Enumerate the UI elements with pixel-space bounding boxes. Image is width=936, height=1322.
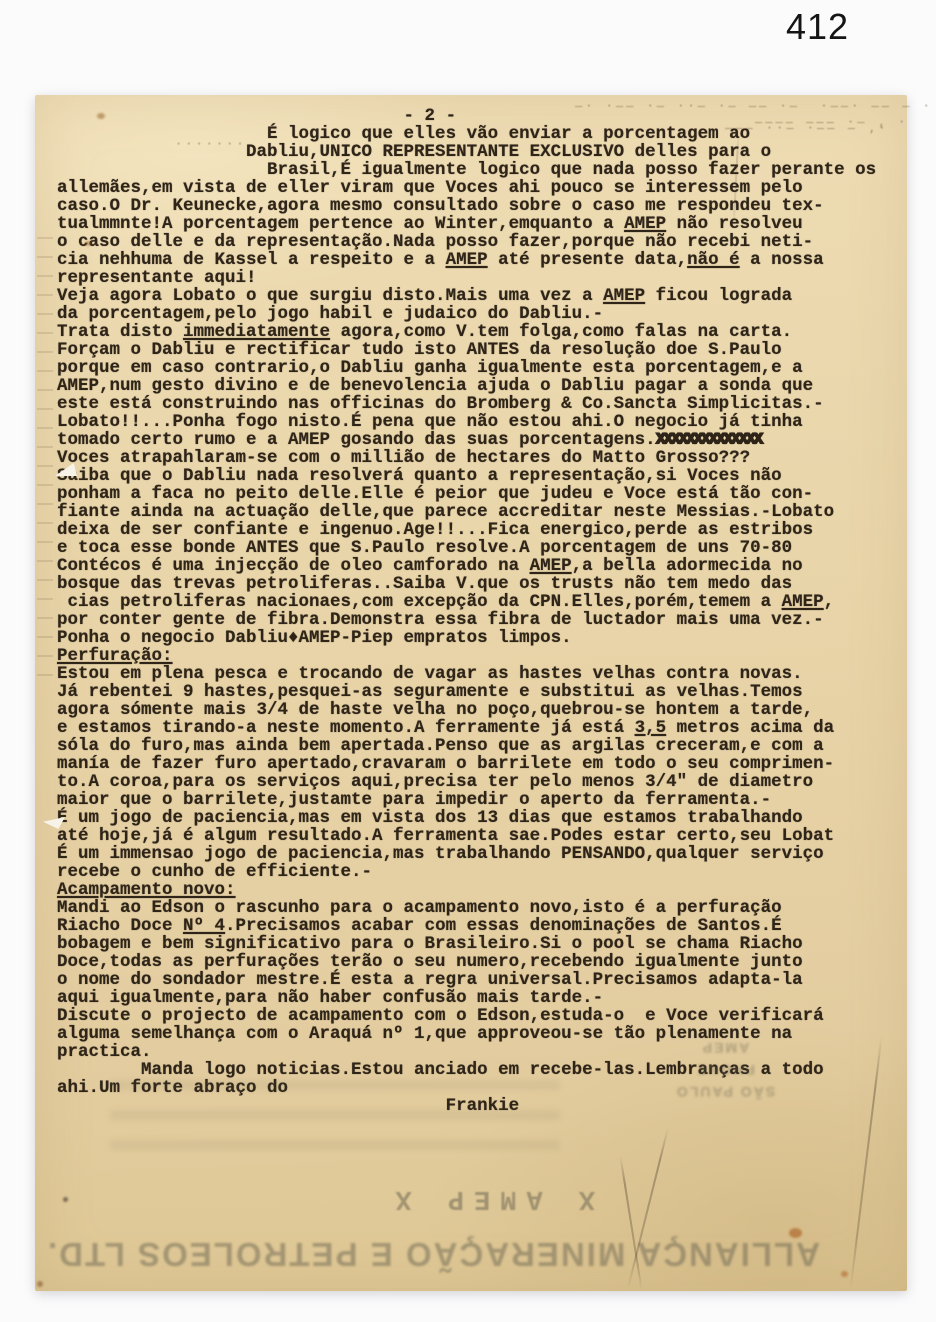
letter-line: cias petroliferas nacionaes,com excepção… <box>57 593 903 611</box>
letter-line: Acampamento novo: <box>57 881 903 899</box>
letter-line: Perfuração: <box>57 647 903 665</box>
letter-line: Voces atrapahlaram-se com o millião de h… <box>57 449 903 467</box>
letter-line: Forçam o Dabliu e rectificar tudo isto A… <box>57 341 903 359</box>
letter-line: Estou em plena pesca e trocando de vagar… <box>57 665 903 683</box>
letter-line: bosque das trevas petroliferas..Saiba V.… <box>57 575 903 593</box>
stain-spot <box>97 113 105 119</box>
bleedthrough-stamp-amep: X AMEP X <box>335 1183 595 1213</box>
letter-line: este está construindo nas officinas do B… <box>57 395 903 413</box>
stain-spot <box>85 241 91 246</box>
bleedthrough-letterhead-line: PHONE <box>595 1059 855 1081</box>
letter-line: por conter gente de fibra.Demonstra essa… <box>57 611 903 629</box>
letter-line: recebe o cunho de efficiente.- <box>57 863 903 881</box>
letter-line: bobagem e bem significativo para o Brasi… <box>57 935 903 953</box>
letter-line: É logico que elles vão enviar a porcenta… <box>57 125 903 143</box>
letter-line: allemães,em vista de eller viram que Voc… <box>57 179 903 197</box>
bleedthrough-stamp-allianca: ALLIANÇA MINERAÇÃO E PETROLEOS LTD. <box>90 1235 820 1273</box>
letter-line: Contécos é uma injecção de oleo camforad… <box>57 557 903 575</box>
letter-line: Trata disto immediatamente agora,como V.… <box>57 323 903 341</box>
letter-line: Mandi ao Edson o rascunho para o acampam… <box>57 899 903 917</box>
letter-line: Riacho Doce Nº 4.Precisamos acabar com e… <box>57 917 903 935</box>
letter-line: maior que o barrilete,justamte para impe… <box>57 791 903 809</box>
letter-line: e estamos tirando-a neste momento.A ferr… <box>57 719 903 737</box>
stain-spot <box>841 1271 848 1277</box>
stain-spot <box>37 1281 43 1287</box>
bleedthrough-margin-dashes <box>37 225 53 685</box>
letter-line: to.A coroa,para os serviços aqui,precisa… <box>57 773 903 791</box>
letter-line: Brasil,É igualmente logico que nada poss… <box>57 161 903 179</box>
scanned-letter-paper: –· ·–– ·– ··– ·– –– ·– ·––· –– – · ––– ·… <box>35 95 907 1291</box>
letter-line: Ponha o negocio Dabliu♦AMEP-Piep emprato… <box>57 629 903 647</box>
bleedthrough-letterhead: SÃO PAULO PHONE AMEP <box>595 1037 855 1103</box>
letter-line: É um immensao jogo de paciencia,mas trab… <box>57 845 903 863</box>
letter-line: e toca esse bonde ANTES que S.Paulo reso… <box>57 539 903 557</box>
bleedthrough-letterhead-line: SÃO PAULO <box>595 1081 855 1103</box>
letter-body: - 2 - É logico que elles vão enviar a po… <box>57 107 903 1115</box>
letter-line: deixa de ser confiante e ingenuo.Age!!..… <box>57 521 903 539</box>
letter-line: AMEP,num gesto divino e de benevolencia … <box>57 377 903 395</box>
letter-line: Doce,todas as perfurações terão o seu nu… <box>57 953 903 971</box>
letter-line: o nome do sondador mestre.É esta a regra… <box>57 971 903 989</box>
letter-line: caso.O Dr. Keunecke,agora mesmo consulta… <box>57 197 903 215</box>
letter-line: Saiba que o Dabliu nada resolverá quanto… <box>57 467 903 485</box>
letter-line: sóla do furo,mas ainda bem apertada.Pens… <box>57 737 903 755</box>
page-number: 412 <box>786 6 906 48</box>
letter-line: Veja agora Lobato o que surgiu disto.Mai… <box>57 287 903 305</box>
letter-line: aqui igualmente,para não haber confusão … <box>57 989 903 1007</box>
letter-line: o caso delle e da representação.Nada pos… <box>57 233 903 251</box>
letter-line: agora sómente mais 3/4 de haste velha no… <box>57 701 903 719</box>
stain-spot <box>789 1228 802 1238</box>
letter-line: porque em caso contrario,o Dabliu ganha … <box>57 359 903 377</box>
letter-line: tualmmnte!A porcentagem pertence ao Wint… <box>57 215 903 233</box>
letter-line: - 2 - <box>57 107 903 125</box>
scanned-page-view: { "page_number": "412", "paper": { "blee… <box>0 0 936 1322</box>
letter-line: Já rebentei 9 hastes,pesquei-as segurame… <box>57 683 903 701</box>
letter-line: ponham a faca no peito delle.Elle é peio… <box>57 485 903 503</box>
letter-line: Lobato!!...Ponha fogo nisto.É pena que n… <box>57 413 903 431</box>
letter-line: tomado certo rumo e a AMEP gosando das s… <box>57 431 903 449</box>
letter-line: da porcentagem,pelo jogo habil e judaico… <box>57 305 903 323</box>
letter-line: representante aqui! <box>57 269 903 287</box>
letter-line: até hoje,já é algum resultado.A ferramen… <box>57 827 903 845</box>
letter-line: Discute o projecto de acampamento com o … <box>57 1007 903 1025</box>
letter-line: Dabliu,UNICO REPRESENTANTE EXCLUSIVO del… <box>57 143 903 161</box>
bleedthrough-letterhead-line: AMEP <box>595 1037 855 1059</box>
bleedthrough-smudge <box>110 1080 560 1160</box>
stain-spot <box>63 1197 68 1202</box>
letter-line: fiante ainda na actuação delle,que parec… <box>57 503 903 521</box>
letter-line: É um jogo de paciencia,mas em vista dos … <box>57 809 903 827</box>
letter-line: cia nehhuma de Kassel a respeito e a AME… <box>57 251 903 269</box>
letter-line: manía de fazer furo apertado,cravaram o … <box>57 755 903 773</box>
